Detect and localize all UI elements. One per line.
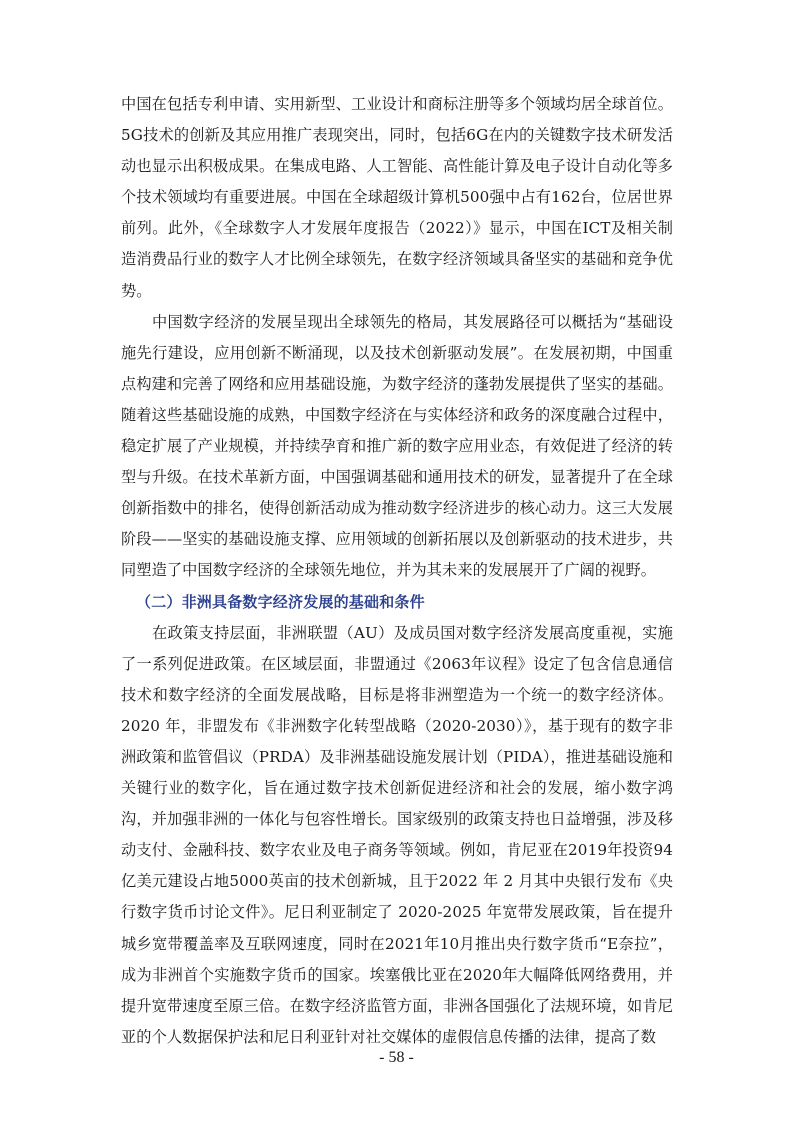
paragraph-africa-policy-support: 在政策支持层面，非洲联盟（AU）及成员国对数字经济发展高度重视，实施了一系列促进… [121,618,673,1053]
section-heading-africa-foundations: （二）非洲具备数字经济发展的基础和条件 [121,587,673,618]
page-number: - 58 - [0,1049,793,1067]
page-content: 中国在包括专利申请、实用新型、工业设计和商标注册等多个领域均居全球首位。5G技术… [121,89,673,1053]
paragraph-patents-and-tech: 中国在包括专利申请、实用新型、工业设计和商标注册等多个领域均居全球首位。5G技术… [121,89,673,307]
document-page: 中国在包括专利申请、实用新型、工业设计和商标注册等多个领域均居全球首位。5G技术… [0,0,793,1122]
paragraph-china-digital-economy-path: 中国数字经济的发展呈现出全球领先的格局，其发展路径可以概括为“基础设施先行建设，… [121,307,673,587]
